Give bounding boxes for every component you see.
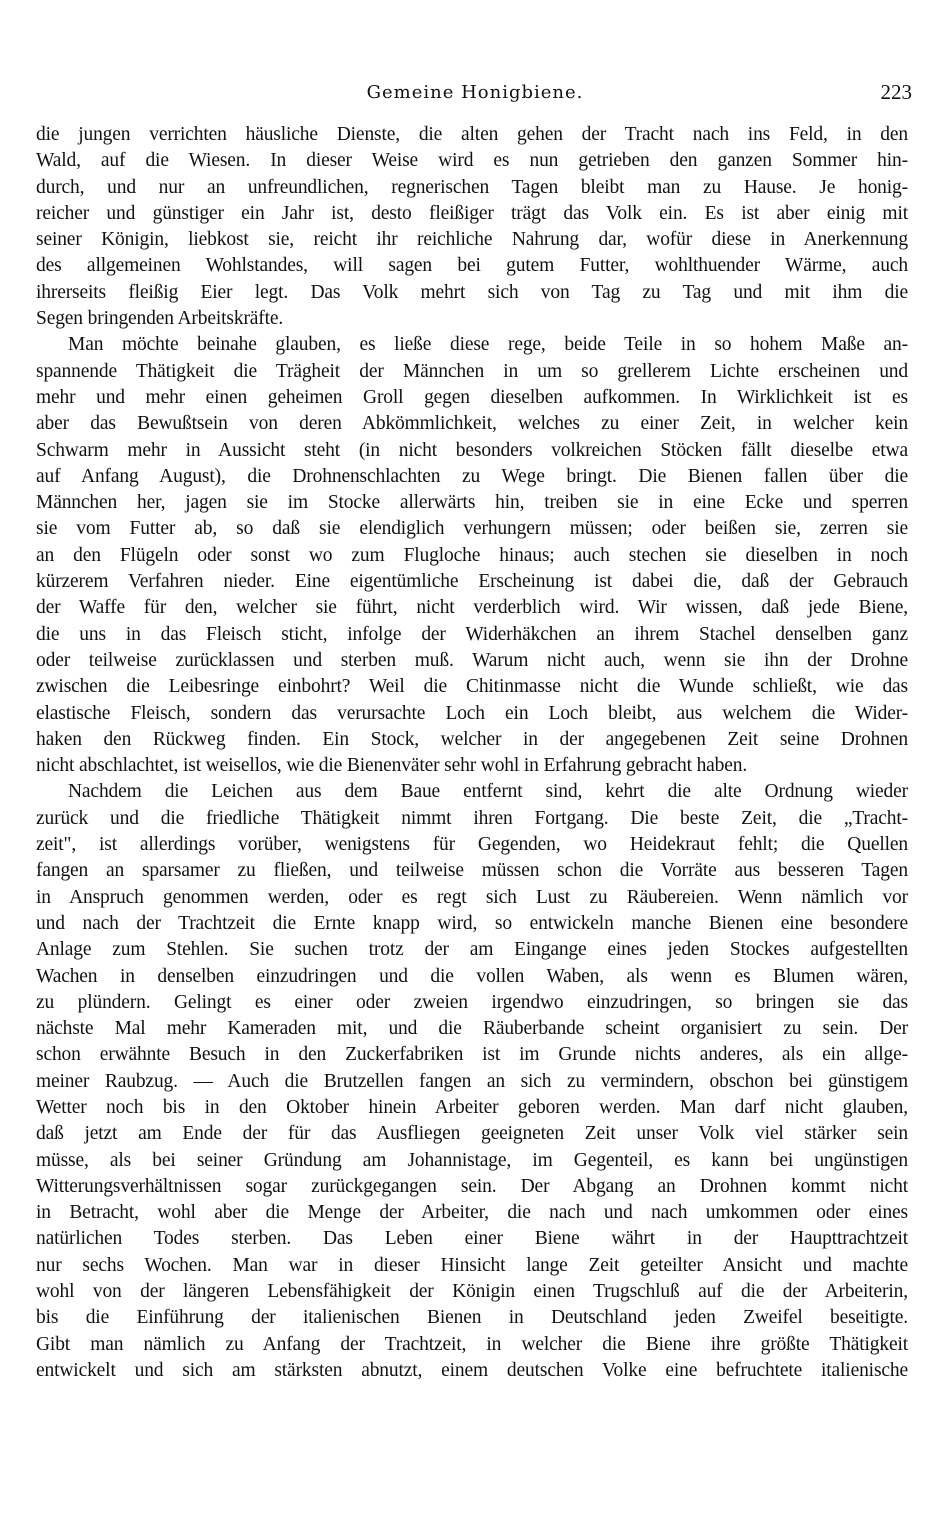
paragraph-1: die jungen verrichten häusliche Dienste,…	[36, 122, 908, 332]
text-line: des allgemeinen Wohlstandes, will sagen …	[36, 253, 908, 279]
text-line: elastische Fleisch, sondern das verursac…	[36, 701, 908, 727]
text-line: zwischen die Leibesringe einbohrt? Weil …	[36, 674, 908, 700]
text-line: Nachdem die Leichen aus dem Baue entfern…	[36, 779, 908, 805]
text-line: kürzerem Verfahren nieder. Eine eigentüm…	[36, 569, 908, 595]
text-line: oder teilweise zurücklassen und sterben …	[36, 648, 908, 674]
text-line: zurück und die friedliche Thätigkeit nim…	[36, 806, 908, 832]
text-line: Segen bringenden Arbeitskräfte.	[36, 306, 908, 332]
text-line: die uns in das Fleisch sticht, infolge d…	[36, 622, 908, 648]
text-line: seiner Königin, liebkost sie, reicht ihr…	[36, 227, 908, 253]
text-line: müsse, als bei seiner Gründung am Johann…	[36, 1148, 908, 1174]
text-line-emphasis: auf Anfang August), die Drohnenschlachte…	[36, 464, 908, 490]
text-line: haken den Rückweg finden. Ein Stock, wel…	[36, 727, 908, 753]
text-line: nur sechs Wochen. Man war in dieser Hins…	[36, 1253, 908, 1279]
text-line: entwickelt und sich am stärksten abnutzt…	[36, 1358, 908, 1384]
text-line: nächste Mal mehr Kameraden mit, und die …	[36, 1016, 908, 1042]
text-line: die jungen verrichten häusliche Dienste,…	[36, 122, 908, 148]
text-line: an den Flügeln oder sonst wo zum Flugloc…	[36, 543, 908, 569]
text-line: Witterungsverhältnissen sogar zurückgega…	[36, 1174, 908, 1200]
text-line: Wetter noch bis in den Oktober hinein Ar…	[36, 1095, 908, 1121]
text-line: nicht abschlachtet, ist weisellos, wie d…	[36, 753, 908, 779]
paragraph-3: Nachdem die Leichen aus dem Baue entfern…	[36, 779, 908, 1384]
text-line: daß jetzt am Ende der für das Ausfliegen…	[36, 1121, 908, 1147]
text-line: sie vom Futter ab, so daß sie elendiglic…	[36, 516, 908, 542]
text-line: schon erwähnte Besuch in den Zuckerfabri…	[36, 1042, 908, 1068]
page-number: 223	[881, 80, 913, 105]
text-line: und nach der Trachtzeit die Ernte knapp …	[36, 911, 908, 937]
text-line: Gibt man nämlich zu Anfang der Trachtzei…	[36, 1332, 908, 1358]
text-line: ihrerseits fleißig Eier legt. Das Volk m…	[36, 280, 908, 306]
text-line: Wald, auf die Wiesen. In dieser Weise wi…	[36, 148, 908, 174]
book-page: Gemeine Honigbiene. 223 die jungen verri…	[0, 0, 950, 1538]
text-line: Anlage zum Stehlen. Sie suchen trotz der…	[36, 937, 908, 963]
text-line: spannende Thätigkeit die Trägheit der Mä…	[36, 359, 908, 385]
text-line: in Anspruch genommen werden, oder es reg…	[36, 885, 908, 911]
text-line: reicher und günstiger ein Jahr ist, dest…	[36, 201, 908, 227]
text-line: aber das Bewußtsein von deren Abkömmlich…	[36, 411, 908, 437]
text-line: durch, und nur an unfreundlichen, regner…	[36, 175, 908, 201]
running-title: Gemeine Honigbiene.	[0, 82, 950, 103]
text-line: zu plündern. Gelingt es einer oder zweie…	[36, 990, 908, 1016]
text-line: Schwarm mehr in Aussicht steht (in nicht…	[36, 438, 908, 464]
text-line: wohl von der längeren Lebensfähigkeit de…	[36, 1279, 908, 1305]
text-line: fangen an sparsamer zu fließen, und teil…	[36, 858, 908, 884]
text-line: Männchen her, jagen sie im Stocke allerw…	[36, 490, 908, 516]
running-head: Gemeine Honigbiene. 223	[0, 82, 950, 112]
text-line: natürlichen Todes sterben. Das Leben ein…	[36, 1226, 908, 1252]
text-line: Wachen in denselben einzudringen und die…	[36, 964, 908, 990]
text-line: mehr und mehr einen geheimen Groll gegen…	[36, 385, 908, 411]
text-line: der Waffe für den, welcher sie führt, ni…	[36, 595, 908, 621]
text-line: bis die Einführung der italienischen Bie…	[36, 1305, 908, 1331]
body-text: die jungen verrichten häusliche Dienste,…	[36, 122, 908, 1384]
text-line: meiner Raubzug. — Auch die Brutzellen fa…	[36, 1069, 908, 1095]
text-line: Man möchte beinahe glauben, es ließe die…	[36, 332, 908, 358]
paragraph-2: Man möchte beinahe glauben, es ließe die…	[36, 332, 908, 779]
text-line: in Betracht, wohl aber die Menge der Arb…	[36, 1200, 908, 1226]
text-line: zeit", ist allerdings vorüber, wenigsten…	[36, 832, 908, 858]
